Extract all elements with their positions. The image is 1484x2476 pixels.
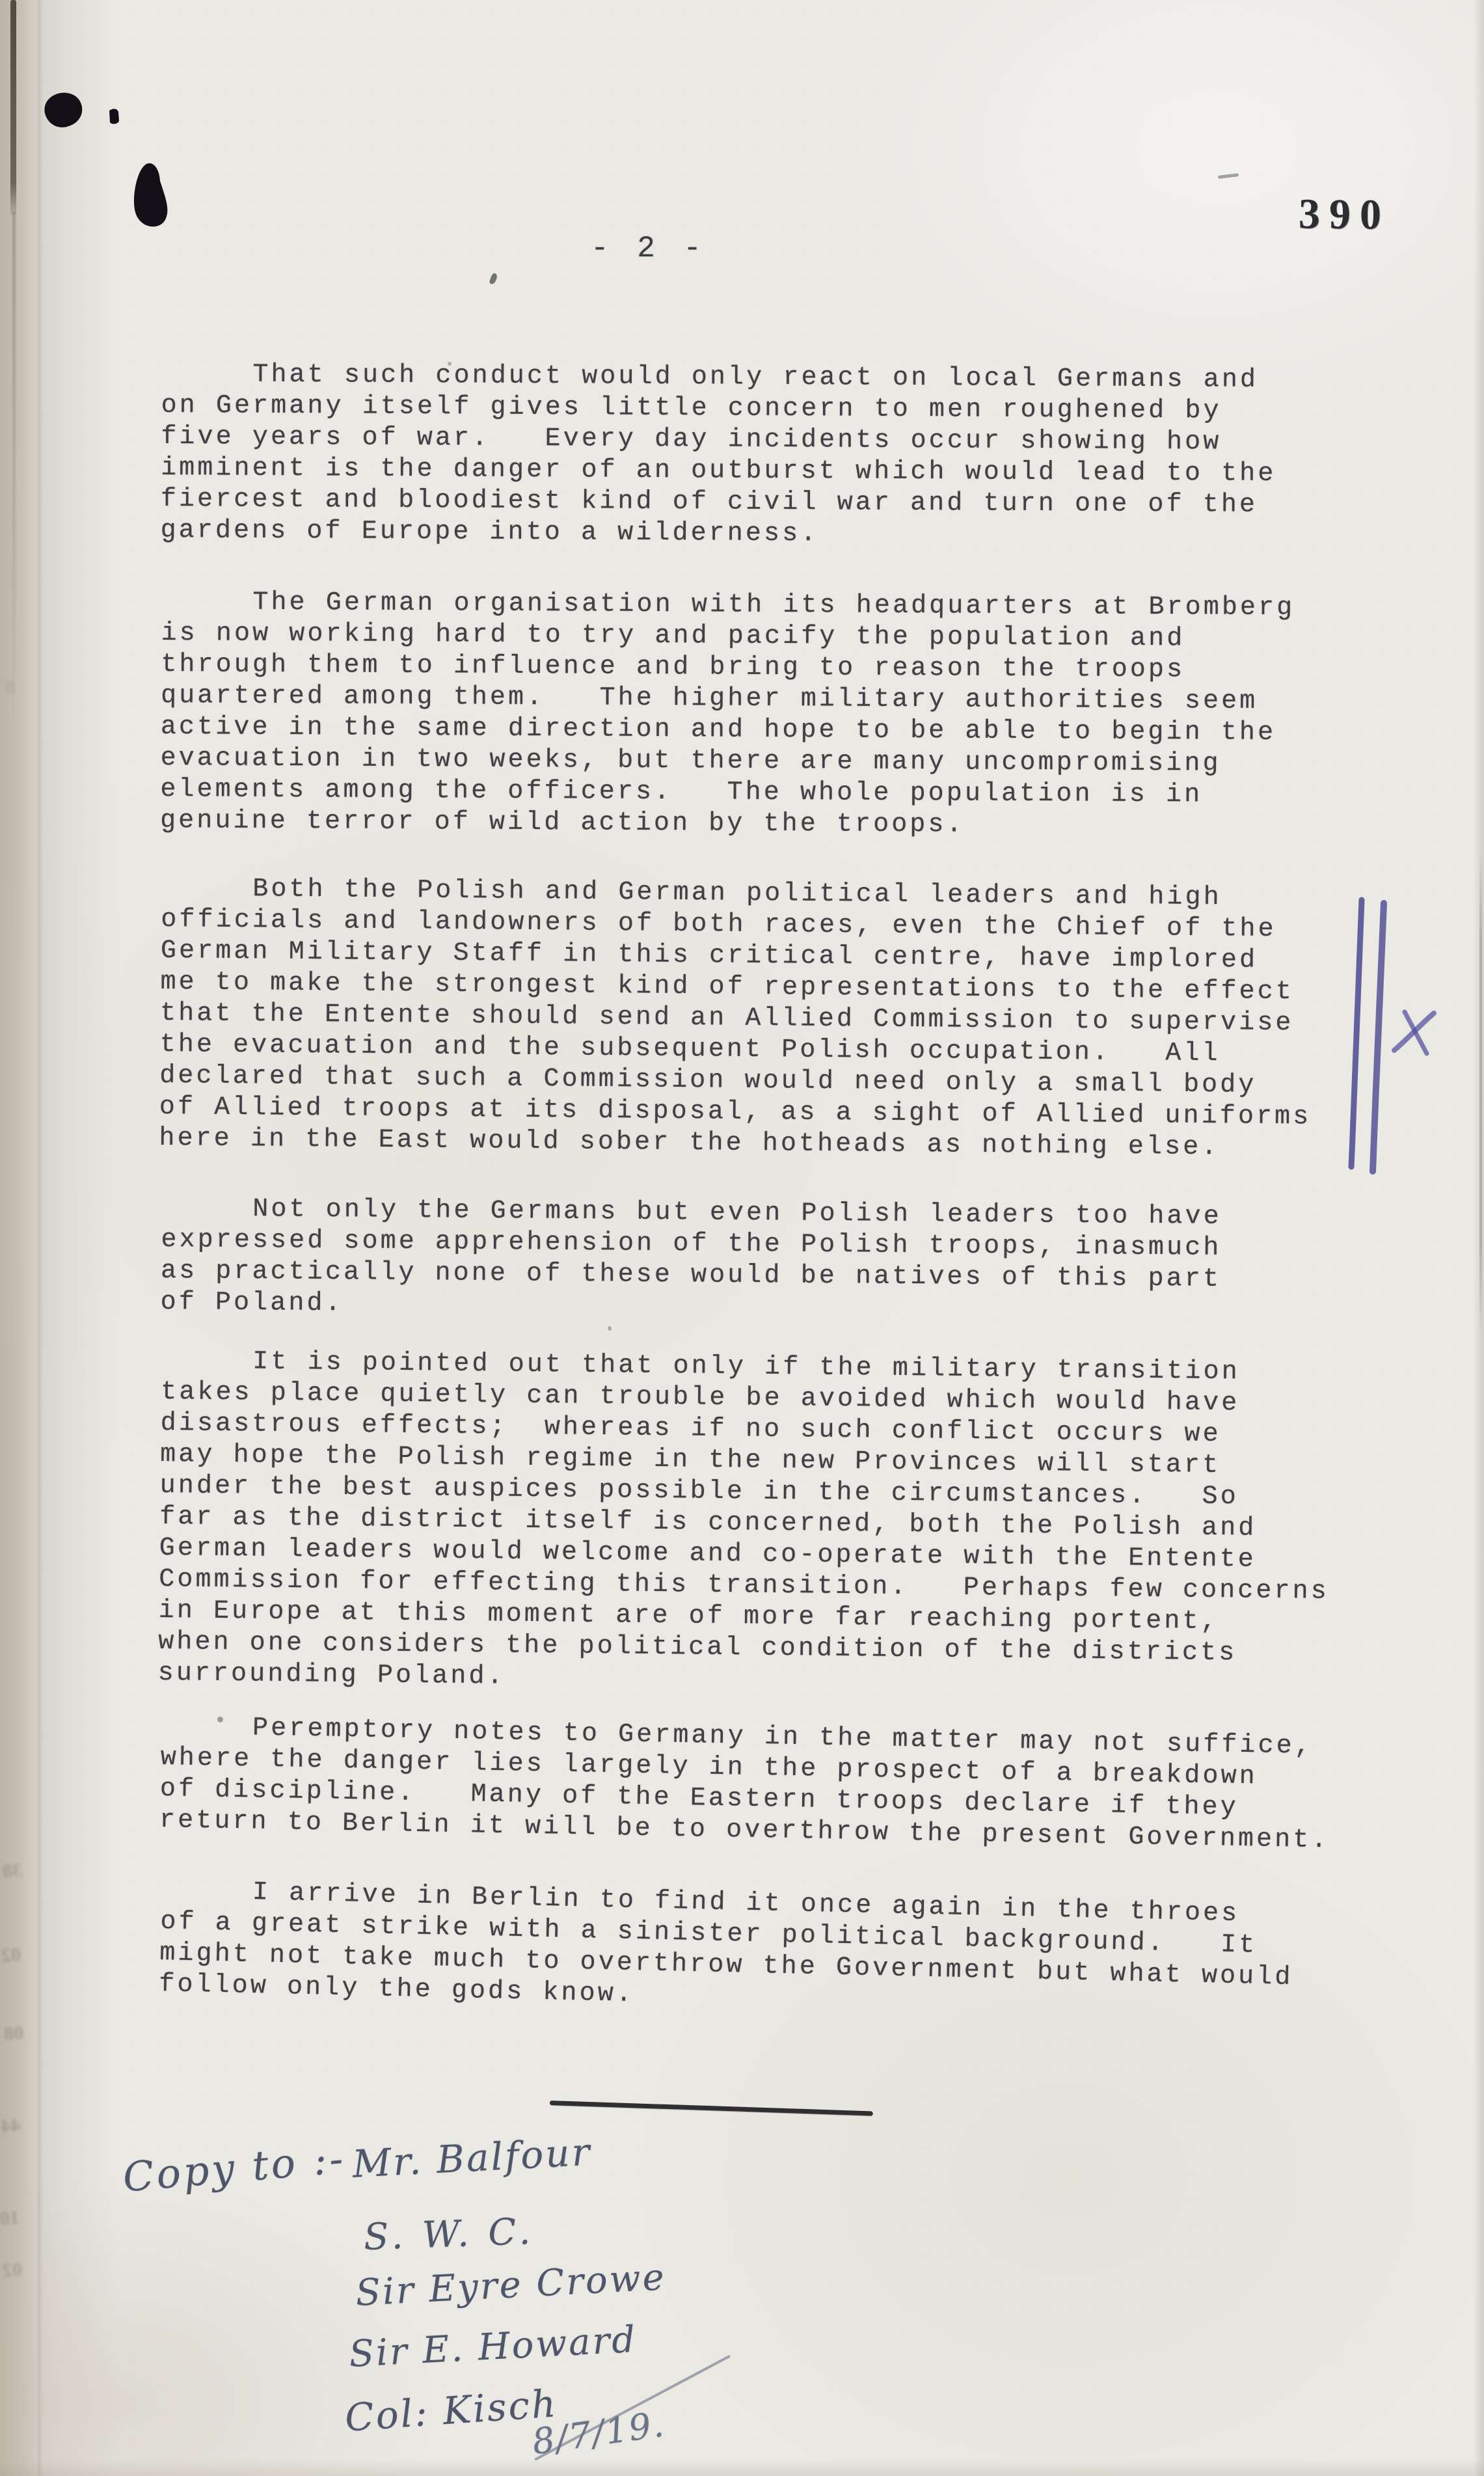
margin-annotation-double-line-cross [1340, 884, 1454, 1190]
typed-paragraph-5: It is pointed out that only if the milit… [157, 1346, 1331, 1702]
typed-paragraph-1: That such conduct would only react on lo… [160, 359, 1276, 552]
binding-line-faint [12, 212, 16, 746]
stamp-stray-dash [1218, 173, 1239, 179]
stray-mark [489, 273, 498, 285]
page-crease [38, 0, 44, 2476]
stray-mark [448, 362, 452, 366]
ghost-bleed-mark: 02 [1, 1944, 21, 1967]
binding-line [10, 0, 16, 215]
ghost-bleed-mark: 08 [3, 2022, 24, 2045]
folio-stamp-number: 390 [1299, 189, 1391, 239]
divider-rule [550, 2101, 873, 2115]
typed-paragraph-7: I arrive in Berlin to find it once again… [159, 1875, 1295, 2025]
stray-mark [217, 1717, 223, 1722]
handwritten-recipient: Sir E. Howard [348, 2319, 638, 2376]
typed-paragraph-6: Peremptory notes to Germany in the matte… [159, 1711, 1332, 1857]
ghost-bleed-mark: 44 [1, 2114, 21, 2138]
handwritten-recipient: Col: Kisch [344, 2381, 559, 2440]
ghost-bleed-mark: 10 [0, 2207, 20, 2230]
stray-mark [608, 1326, 612, 1331]
page-edge-line [1479, 846, 1482, 1340]
page-number: - 2 - [591, 232, 707, 265]
ghost-bleed-mark: 8 [5, 677, 16, 700]
handwritten-recipient: Mr. Balfour [351, 2130, 593, 2186]
ghost-bleed-mark: 02 [2, 2259, 23, 2282]
ghost-bleed-mark: 38 [2, 1859, 23, 1883]
handwritten-recipient: S. W. C. [363, 2211, 535, 2259]
under-page-edge [0, 0, 40, 2476]
typed-paragraph-2: The German organisation with its headqua… [160, 587, 1295, 843]
handwritten-recipient: Sir Eyre Crowe [355, 2256, 667, 2315]
typed-paragraph-3: Both the Polish and German political lea… [159, 873, 1313, 1164]
handwritten-copy-label: Copy to :- [121, 2134, 347, 2201]
typed-paragraph-4: Not only the Germans but even Polish lea… [160, 1193, 1221, 1327]
ink-blots [26, 78, 182, 241]
document-page: 8 38 02 08 44 10 02 390 - 2 - That such … [0, 0, 1484, 2476]
